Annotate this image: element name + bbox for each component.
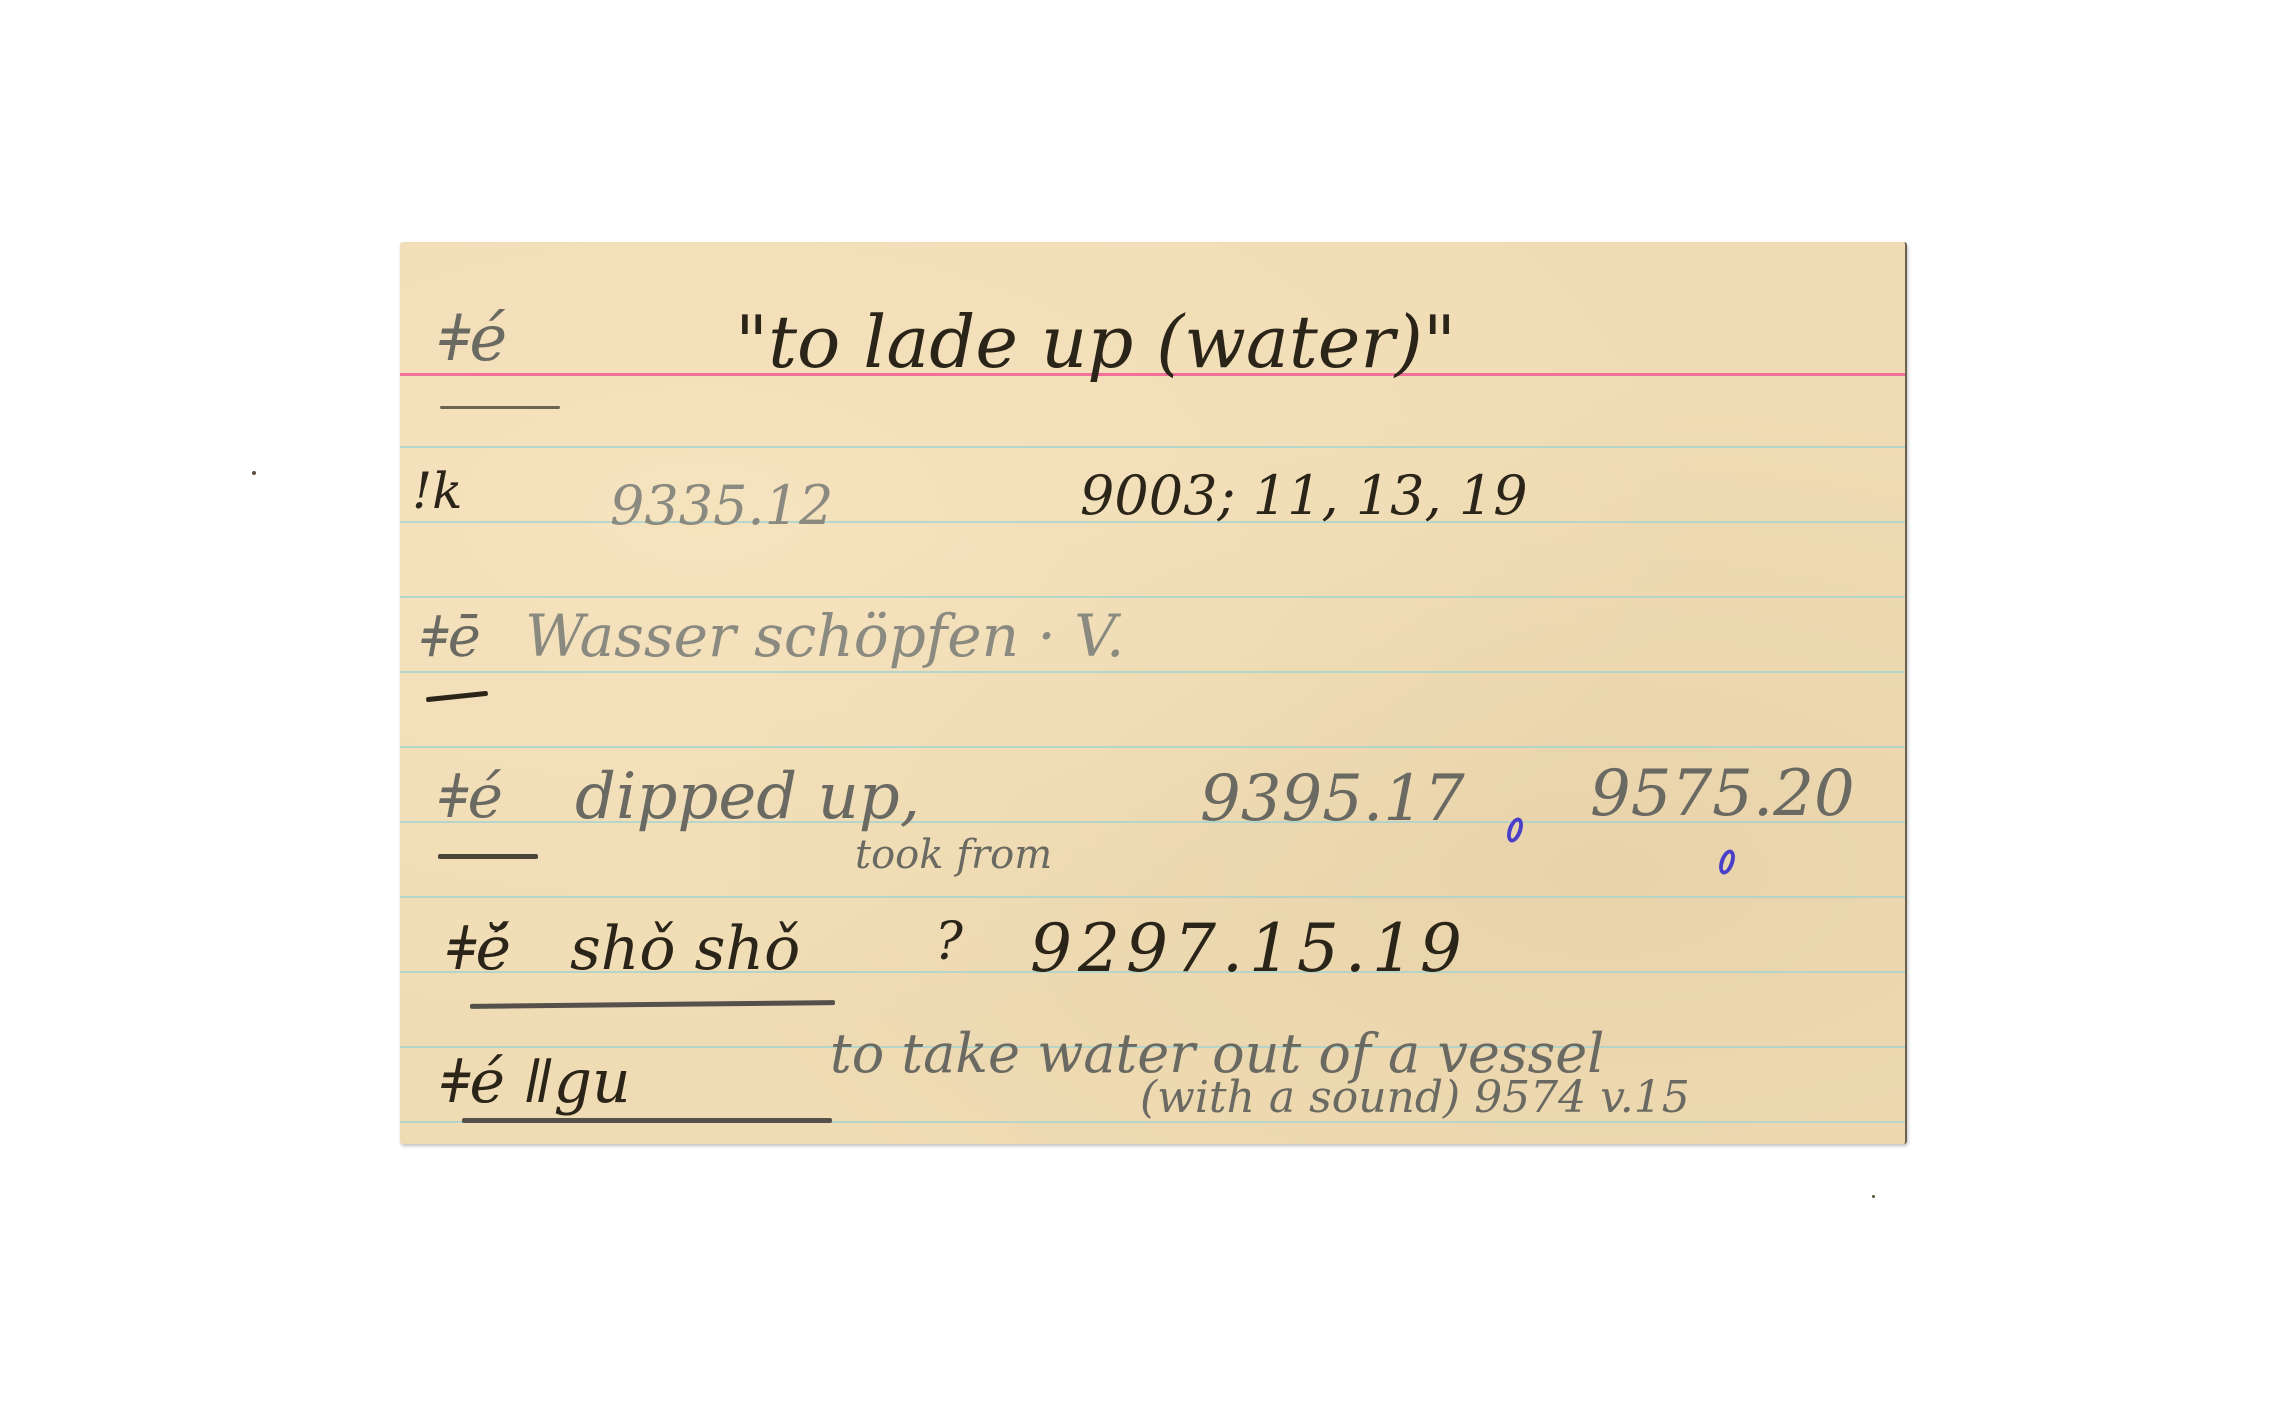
reference: 9335.12	[610, 474, 833, 537]
row-headword: ǂé̆	[448, 914, 511, 984]
reference: 9297.15.19	[1030, 910, 1468, 987]
ruled-line	[400, 896, 1905, 898]
headword-underline	[438, 854, 538, 859]
ruled-line	[400, 746, 1905, 748]
gloss: shǒ shǒ	[570, 914, 800, 984]
ruled-line	[400, 671, 1905, 673]
row-headword: ǂé ǁgu	[442, 1047, 631, 1117]
ruled-line	[400, 446, 1905, 448]
reference: 9575.20	[1590, 757, 1855, 831]
headword-underline	[470, 1000, 835, 1009]
blue-pencil-mark	[1504, 815, 1526, 844]
dust-speck	[1872, 1195, 1875, 1198]
gloss-subtext: (with a sound) 9574 v.15	[1140, 1072, 1690, 1123]
header-headword: ǂé	[440, 302, 507, 376]
dust-speck	[252, 471, 256, 475]
headword-underline	[462, 1118, 832, 1123]
german-gloss: Wasser schöpfen · V.	[525, 602, 1124, 670]
row-headword: ǂē	[422, 605, 481, 670]
ruled-line	[400, 596, 1905, 598]
headword-underline	[426, 691, 488, 702]
reference: 9395.17	[1200, 762, 1465, 836]
gloss: dipped up,	[575, 760, 920, 834]
gloss-subtext: took from	[855, 832, 1052, 878]
header-gloss: "to lade up (water)"	[735, 300, 1456, 384]
reference: 9003; 11, 13, 19	[1080, 464, 1528, 527]
row-headword: ǂé	[440, 762, 503, 832]
source-label: !k	[412, 462, 462, 520]
blue-pencil-mark	[1716, 847, 1738, 876]
query-mark: ?	[935, 912, 963, 972]
index-card: ǂé "to lade up (water)" !k 9335.12 9003;…	[400, 242, 1907, 1144]
headword-underline	[440, 406, 560, 409]
